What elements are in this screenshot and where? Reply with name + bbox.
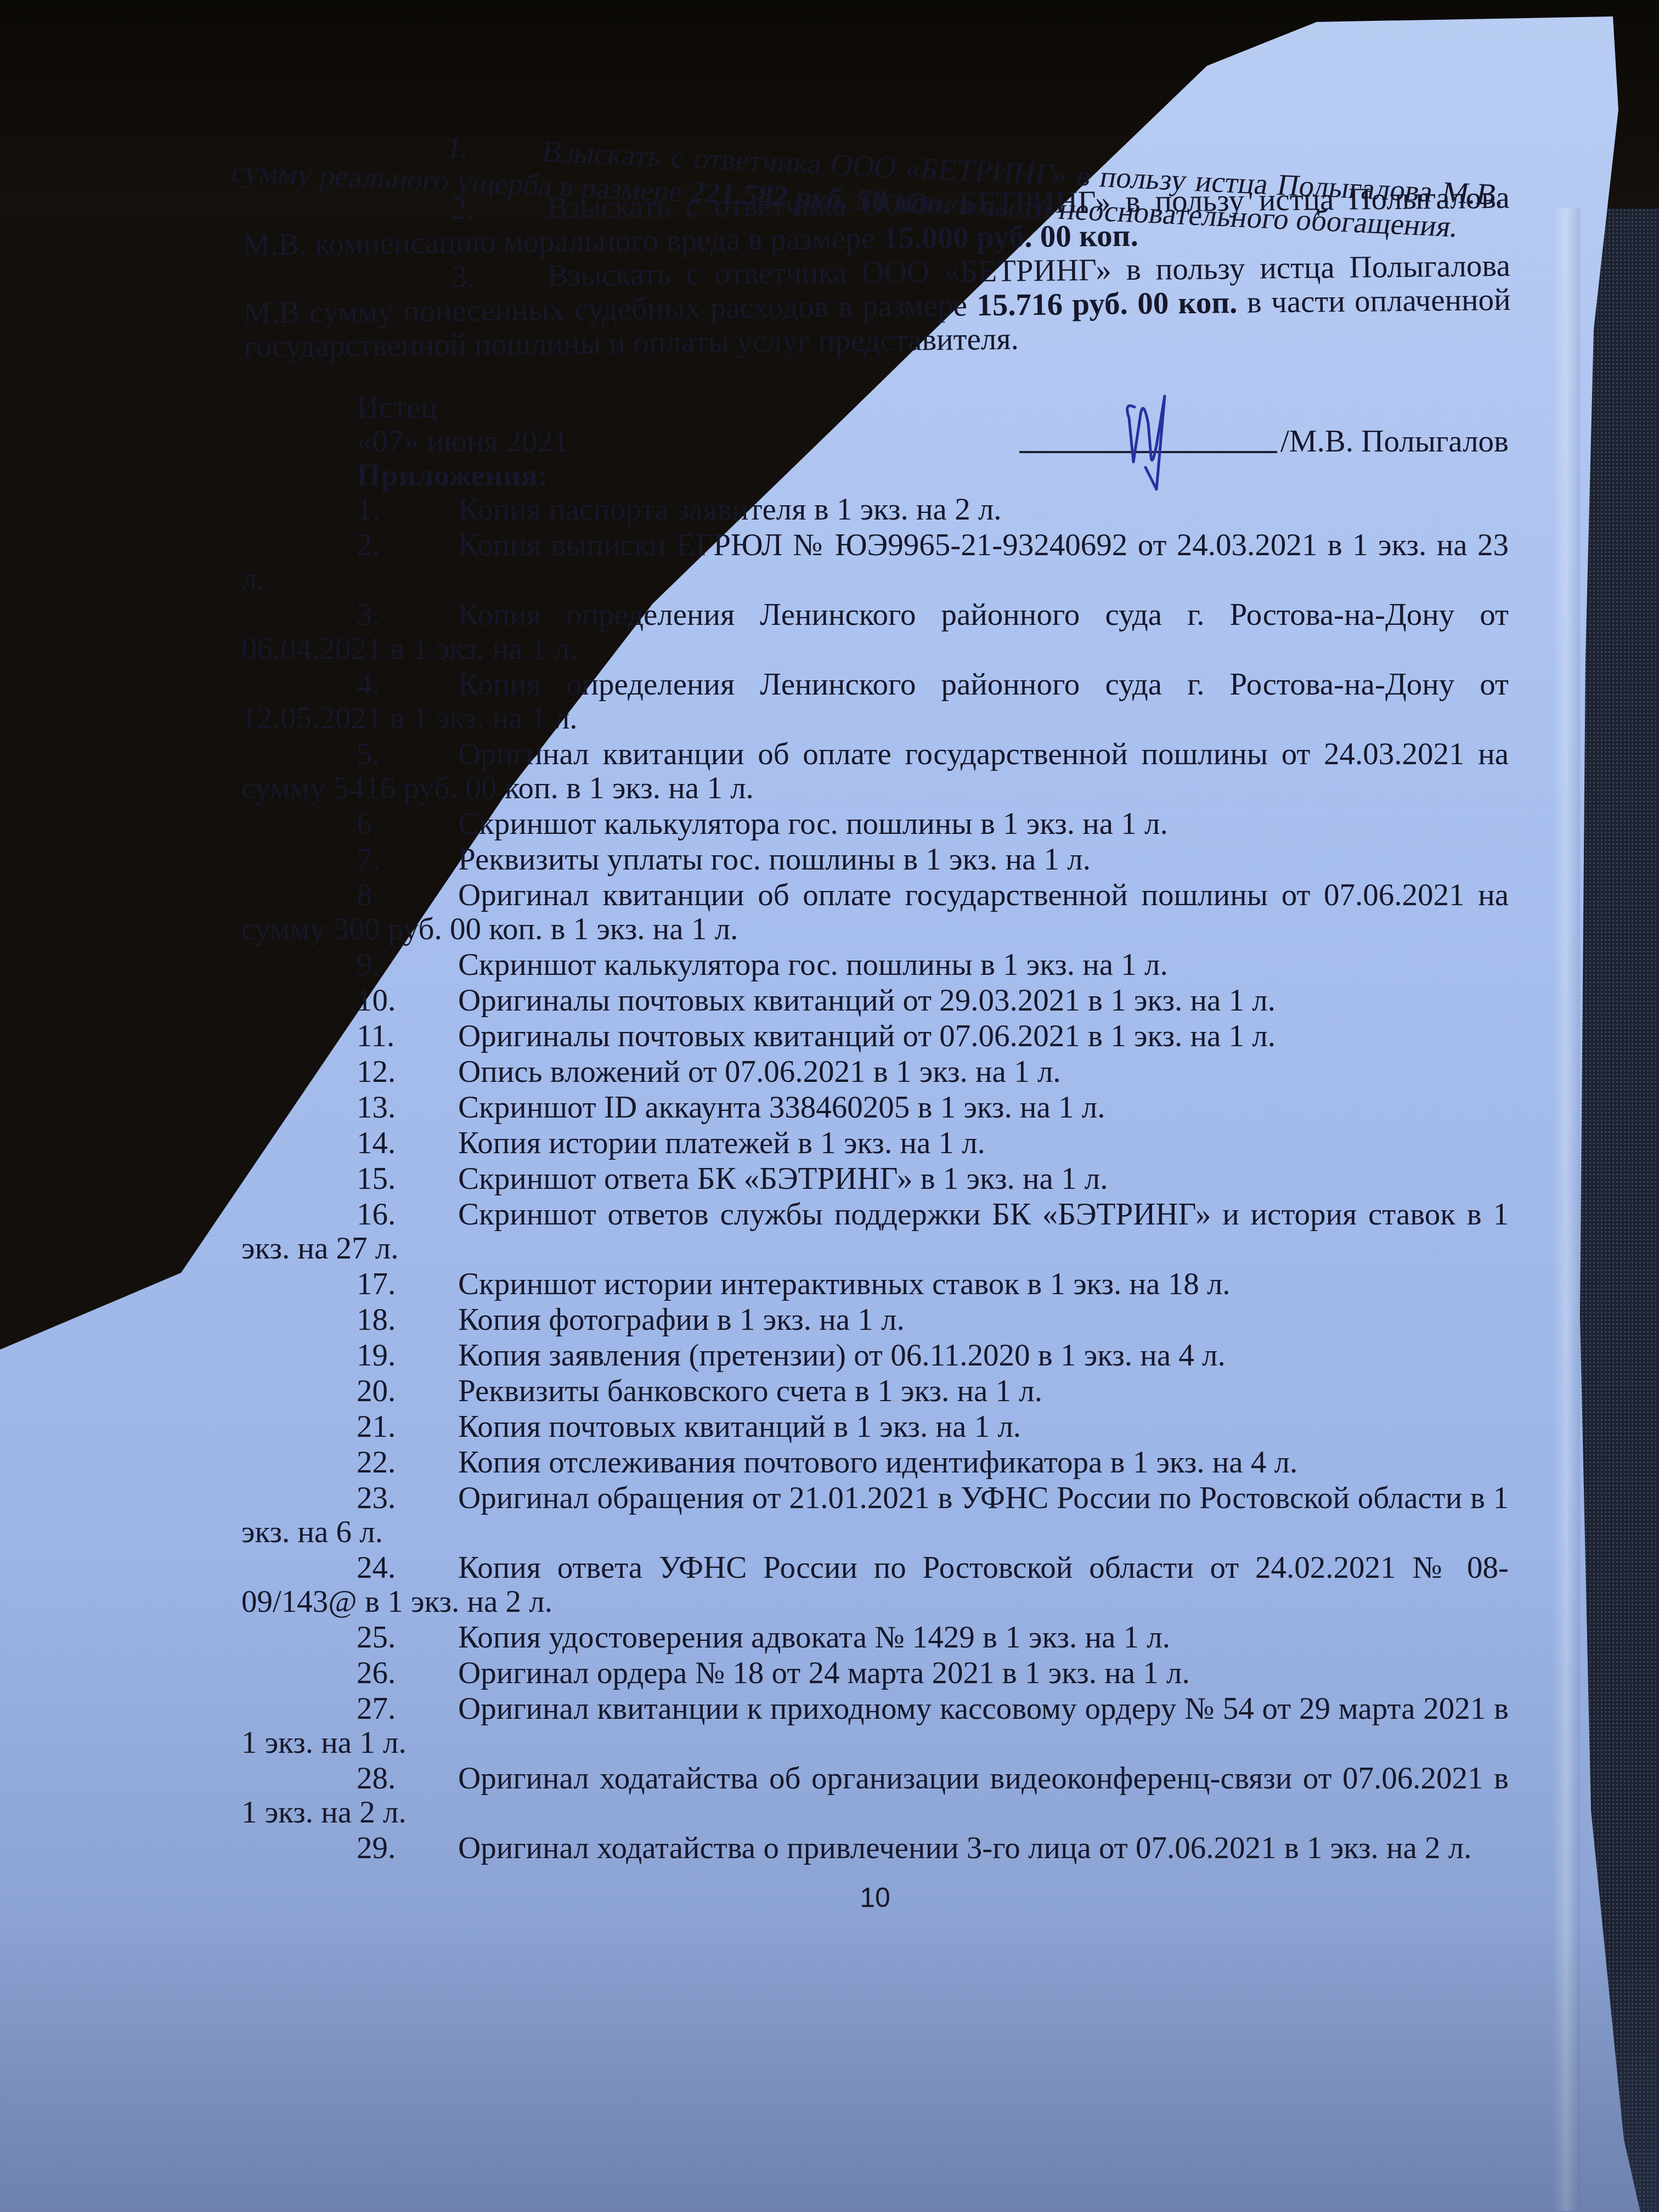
attachment-number: 14. [357, 1126, 458, 1160]
paper-shadow [0, 1920, 1659, 2212]
attachment-item: 23.Оригинал обращения от 21.01.2021 в УФ… [241, 1481, 1509, 1549]
claim-amount: 15.716 руб. 00 коп. [977, 285, 1238, 323]
attachment-number: 17. [357, 1267, 458, 1301]
attachment-number: 19. [357, 1339, 458, 1373]
attachment-item: 5.Оригинал квитанции об оплате государст… [241, 737, 1509, 805]
attachment-number: 24. [357, 1551, 458, 1585]
attachment-item: 21.Копия почтовых квитанций в 1 экз. на … [241, 1410, 1509, 1444]
attachment-item: 19.Копия заявления (претензии) от 06.11.… [241, 1339, 1509, 1373]
signer-name: /М.В. Полыгалов [1280, 425, 1509, 459]
attachment-number: 11. [357, 1019, 458, 1053]
attachment-text: Реквизиты уплаты гос. пошлины в 1 экз. н… [458, 842, 1091, 877]
attachment-item: 27.Оригинал квитанции к приходному кассо… [241, 1692, 1509, 1760]
attachment-item: 22.Копия отслеживания почтового идентифи… [241, 1446, 1509, 1480]
attachment-item: 1.Копия паспорта заявителя в 1 экз. на 2… [241, 493, 1509, 527]
attachment-text: Скриншот калькулятора гос. пошлины в 1 э… [458, 806, 1168, 841]
attachment-text: Копия истории платежей в 1 экз. на 1 л. [458, 1126, 985, 1160]
attachment-text: Оригинал ходатайства о привлечении 3-го … [458, 1831, 1472, 1865]
attachment-number: 4. [357, 668, 458, 702]
attachment-item: 9.Скриншот калькулятора гос. пошлины в 1… [241, 948, 1509, 982]
attachment-number: 13. [357, 1091, 458, 1125]
attachment-item: 17.Скриншот истории интерактивных ставок… [241, 1267, 1509, 1301]
paper-fold [1553, 208, 1580, 2211]
attachment-item: 14.Копия истории платежей в 1 экз. на 1 … [241, 1126, 1509, 1160]
attachment-text: Копия удостоверения адвоката № 1429 в 1 … [458, 1620, 1170, 1655]
attachment-item: 20.Реквизиты банковского счета в 1 экз. … [241, 1374, 1509, 1408]
attachment-text: Скриншот ID аккаунта 338460205 в 1 экз. … [458, 1090, 1105, 1125]
attachment-item: 6.Скриншот калькулятора гос. пошлины в 1… [241, 807, 1509, 841]
attachment-number: 27. [357, 1692, 458, 1726]
attachment-number: 29. [357, 1831, 458, 1865]
claims-list: 1.Взыскать с ответчика ООО «БЕТРИНГ» в п… [241, 108, 1511, 364]
attachment-item: 12.Опись вложений от 07.06.2021 в 1 экз.… [241, 1055, 1509, 1089]
attachment-text: Оригиналы почтовых квитанций от 07.06.20… [458, 1019, 1276, 1053]
attachment-item: 16.Скриншот ответов службы поддержки БК … [241, 1198, 1509, 1266]
signature-block: Истец «07» июня 2021 /М.В. Полыгалов При… [241, 391, 1509, 493]
claim-number: 3. [452, 259, 548, 294]
handwritten-signature-icon [1118, 385, 1195, 495]
plaintiff-label: Истец [357, 391, 1509, 425]
attachments-heading: Приложения: [357, 459, 1509, 493]
attachment-number: 2. [357, 528, 458, 562]
attachment-number: 12. [357, 1055, 458, 1089]
signature-area: /М.В. Полыгалов [1019, 425, 1509, 459]
attachment-number: 18. [357, 1303, 458, 1337]
attachment-text: Копия фотографии в 1 экз. на 1 л. [458, 1302, 905, 1337]
attachment-number: 3. [357, 598, 458, 632]
document-page: 1.Взыскать с ответчика ООО «БЕТРИНГ» в п… [241, 121, 1509, 1915]
attachment-number: 20. [357, 1374, 458, 1408]
attachment-number: 9. [357, 948, 458, 982]
attachment-item: 18.Копия фотографии в 1 экз. на 1 л. [241, 1303, 1509, 1337]
attachment-text: Оригинал ордера № 18 от 24 марта 2021 в … [458, 1656, 1190, 1690]
attachment-number: 25. [357, 1621, 458, 1655]
attachment-item: 3.Копия определения Ленинского районного… [241, 598, 1509, 666]
claim-item: 3.Взыскать с ответчика ООО «БЕТРИНГ» в п… [243, 249, 1511, 364]
attachment-item: 15.Скриншот ответа БК «БЭТРИНГ» в 1 экз.… [241, 1162, 1509, 1196]
attachment-text: Реквизиты банковского счета в 1 экз. на … [458, 1374, 1042, 1408]
attachment-item: 28.Оригинал ходатайства об организации в… [241, 1762, 1509, 1830]
attachment-number: 7. [357, 843, 458, 877]
attachment-number: 6. [357, 807, 458, 841]
attachment-number: 15. [357, 1162, 458, 1196]
attachment-number: 16. [357, 1198, 458, 1232]
signature-date: «07» июня 2021 [357, 425, 568, 459]
page-number: 10 [241, 1881, 1509, 1915]
attachment-item: 10.Оригиналы почтовых квитанций от 29.03… [241, 984, 1509, 1018]
attachment-number: 28. [357, 1762, 458, 1796]
attachment-text: Копия отслеживания почтового идентификат… [458, 1445, 1297, 1480]
attachment-number: 10. [357, 984, 458, 1018]
attachment-number: 23. [357, 1481, 458, 1515]
attachments-list: 1.Копия паспорта заявителя в 1 экз. на 2… [241, 493, 1509, 1865]
attachment-text: Опись вложений от 07.06.2021 в 1 экз. на… [458, 1054, 1061, 1089]
attachment-number: 26. [357, 1656, 458, 1690]
attachment-item: 7.Реквизиты уплаты гос. пошлины в 1 экз.… [241, 843, 1509, 877]
attachment-text: Оригиналы почтовых квитанций от 29.03.20… [458, 983, 1276, 1018]
attachment-number: 22. [357, 1446, 458, 1480]
attachment-text: Скриншот калькулятора гос. пошлины в 1 э… [458, 947, 1168, 982]
attachment-item: 26.Оригинал ордера № 18 от 24 марта 2021… [241, 1656, 1509, 1690]
attachment-item: 13.Скриншот ID аккаунта 338460205 в 1 эк… [241, 1091, 1509, 1125]
attachment-text: Копия заявления (претензии) от 06.11.202… [458, 1338, 1226, 1373]
attachment-item: 2.Копия выписки ЕГРЮЛ № ЮЭ9965-21-932406… [241, 528, 1509, 596]
attachment-number: 8. [357, 878, 458, 912]
attachment-number: 21. [357, 1410, 458, 1444]
attachment-number: 1. [357, 493, 458, 527]
attachment-item: 29.Оригинал ходатайства о привлечении 3-… [241, 1831, 1509, 1865]
attachment-item: 25.Копия удостоверения адвоката № 1429 в… [241, 1621, 1509, 1655]
attachment-item: 24.Копия ответа УФНС России по Ростовско… [241, 1551, 1509, 1619]
attachment-item: 4.Копия определения Ленинского районного… [241, 668, 1509, 736]
attachment-text: Скриншот истории интерактивных ставок в … [458, 1267, 1231, 1301]
attachment-number: 5. [357, 737, 458, 771]
attachment-text: Копия паспорта заявителя в 1 экз. на 2 л… [458, 492, 1002, 527]
attachment-item: 11.Оригиналы почтовых квитанций от 07.06… [241, 1019, 1509, 1053]
attachment-text: Скриншот ответа БК «БЭТРИНГ» в 1 экз. на… [458, 1161, 1108, 1196]
attachment-text: Копия почтовых квитанций в 1 экз. на 1 л… [458, 1409, 1021, 1444]
signature-underline [1019, 451, 1277, 453]
attachment-item: 8.Оригинал квитанции об оплате государст… [241, 878, 1509, 946]
claim-number: 1. [443, 130, 545, 168]
signature-line: «07» июня 2021 /М.В. Полыгалов [357, 425, 1509, 459]
